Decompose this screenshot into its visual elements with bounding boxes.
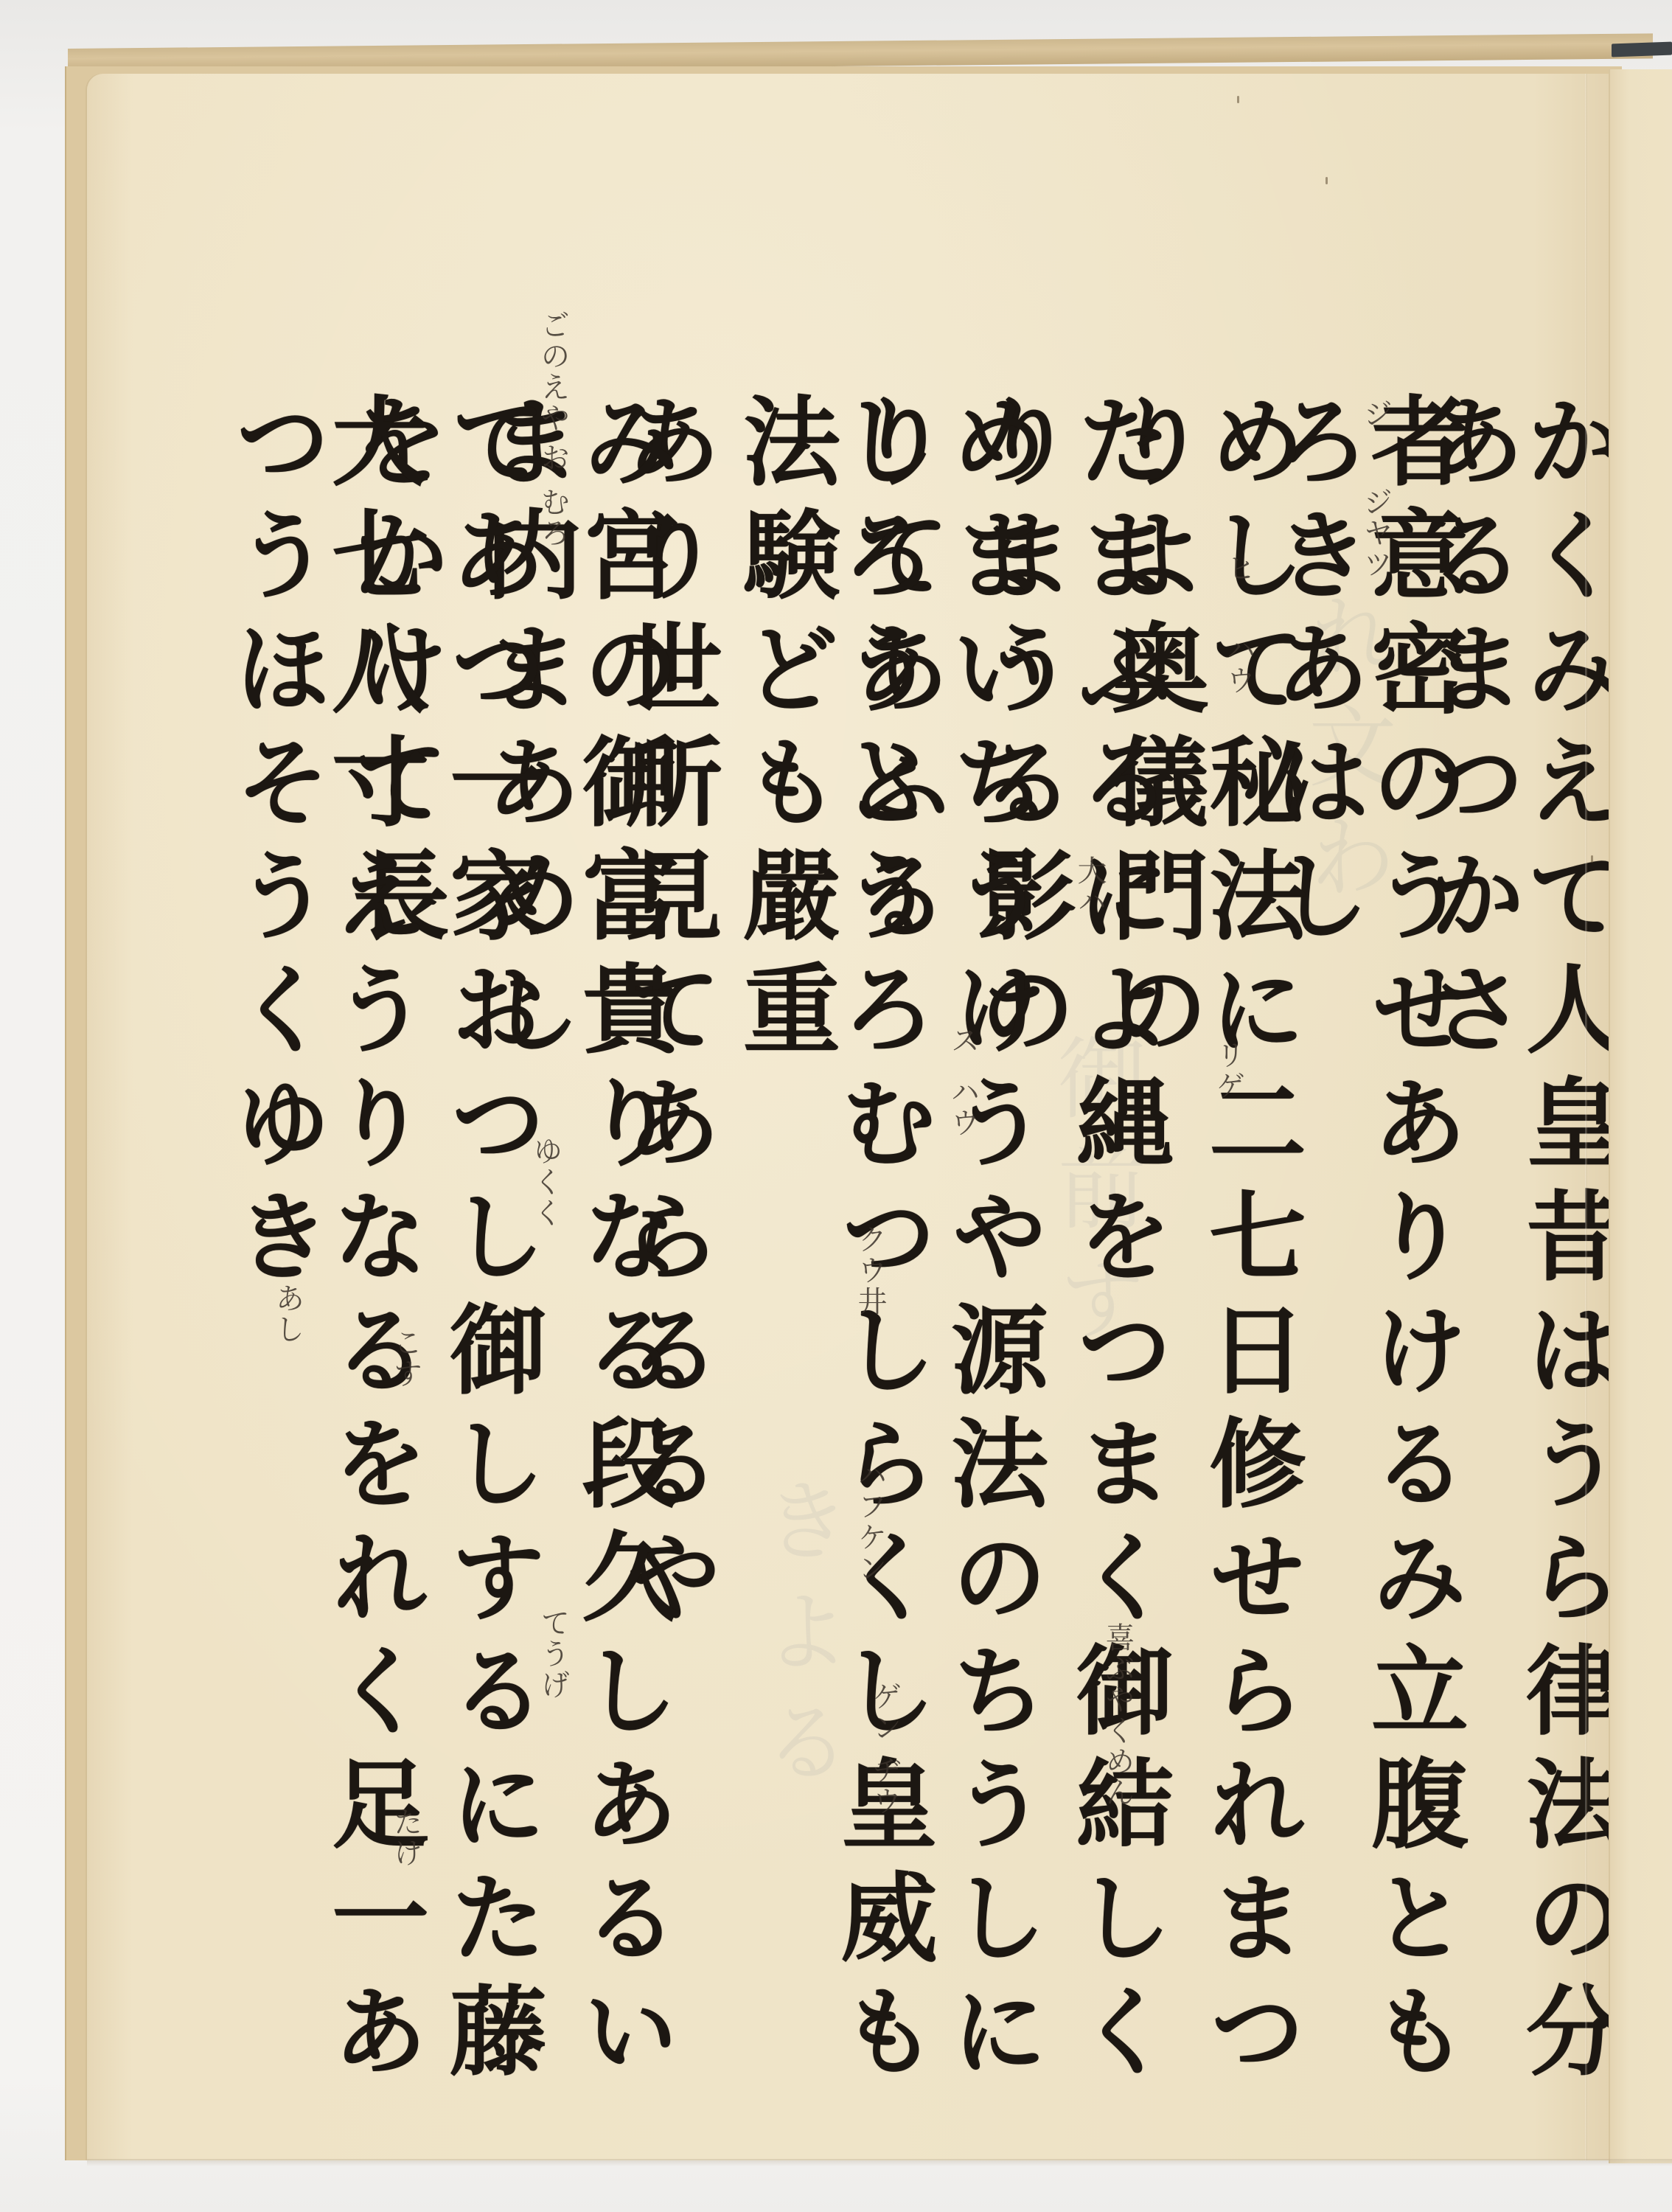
ruby-gloss: むろ (538, 487, 568, 549)
ruby-gloss: てうげ (538, 1607, 568, 1700)
ruby-gloss: こす (391, 1327, 420, 1389)
manuscript-page: れ文わ 御前す きよる かくみえて人皇昔はうら律法の分あるまつかさ 者意密のうせ… (87, 74, 1609, 2160)
ruby-gloss: クウ井 (855, 1224, 885, 1317)
paper-speck (1237, 96, 1239, 103)
text-column-6: しろうとうろむつしらくし皇威も法験ども嚴重 (734, 391, 929, 2160)
next-leaf-edge (1609, 69, 1672, 2163)
ruby-gloss: ハウ (948, 1077, 978, 1138)
paper-speck (1326, 177, 1328, 184)
paper-speck (1591, 855, 1593, 863)
ruby-gloss: ハフケン (855, 1460, 885, 1584)
ruby-gloss: ス (948, 1025, 978, 1056)
ruby-gloss: ジ (1361, 398, 1390, 429)
ruby-gloss: ハウ (1224, 634, 1253, 696)
ruby-gloss: ジヤツ (1361, 487, 1390, 580)
ruby-gloss: お (538, 442, 568, 473)
ruby-gloss: ゆくく (531, 1135, 560, 1228)
page-bottom-shadow (87, 2159, 1672, 2166)
ruby-gloss: ヂウ (870, 1755, 899, 1817)
ruby-gloss: たけ (391, 1806, 420, 1868)
ruby-gloss: ゲン (870, 1681, 899, 1743)
ruby-gloss: 大ハ (1075, 855, 1104, 917)
ruby-gloss: ヒ (1224, 553, 1253, 584)
ruby-gloss: あし (273, 1283, 302, 1345)
book-cover-corner (1612, 42, 1672, 58)
text-column-10: 大七八寸えうりなるをれく足一あつうほそうくゆき (226, 391, 420, 2160)
ruby-gloss: リゲ (1213, 1040, 1243, 1102)
page-fold (1585, 74, 1587, 2160)
ruby-gloss: 喜ぶやくめん (1103, 1622, 1132, 1808)
ruby-gloss: ごのえや (538, 310, 568, 434)
